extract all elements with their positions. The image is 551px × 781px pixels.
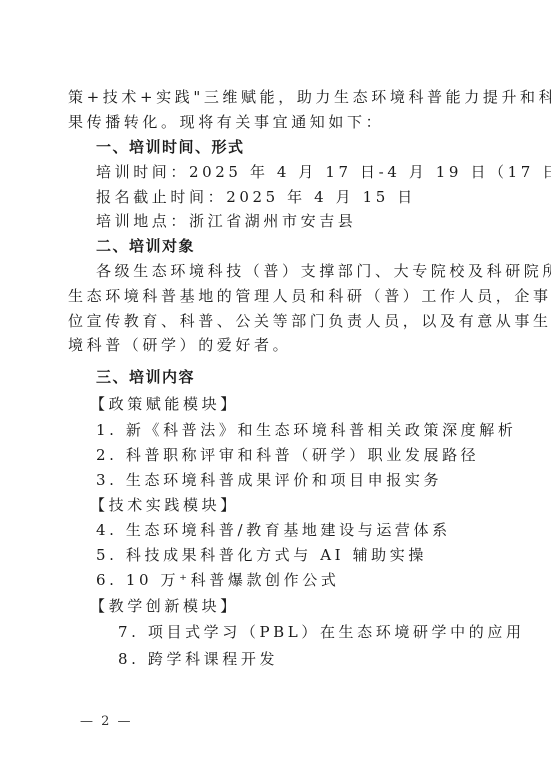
- training-time: 培训时间：2025 年 4 月 17 日-4 月 19 日（17 日报到）: [96, 162, 551, 182]
- content-item: 5. 科技成果科普化方式与 AI 辅助实操: [96, 545, 427, 565]
- document-page: 策+技术+实践"三维赋能，助力生态环境科普能力提升和科技成 果传播转化。现将有关…: [0, 0, 551, 781]
- module-title-teaching: 【教学创新模块】: [90, 596, 239, 616]
- content-item: 3. 生态环境科普成果评价和项目申报实务: [96, 470, 442, 490]
- paragraph-line: 位宣传教育、科普、公关等部门负责人员，以及有意从事生态环: [68, 311, 551, 331]
- content-item: 8. 跨学科课程开发: [118, 649, 278, 669]
- paragraph-line: 境科普（研学）的爱好者。: [68, 335, 291, 355]
- page-number: — 2 —: [80, 714, 133, 729]
- paragraph-line: 策+技术+实践"三维赋能，助力生态环境科普能力提升和科技成: [68, 87, 551, 107]
- content-item: 2. 科普职称评审和科普（研学）职业发展路径: [96, 445, 479, 465]
- section-heading-time: 一、培训时间、形式: [96, 137, 245, 157]
- section-heading-audience: 二、培训对象: [96, 236, 195, 256]
- paragraph-line: 果传播转化。现将有关事宜通知如下：: [68, 112, 384, 132]
- content-item: 7. 项目式学习（PBL）在生态环境研学中的应用: [118, 622, 525, 642]
- paragraph-line: 生态环境科普基地的管理人员和科研（普）工作人员，企事业单: [68, 286, 551, 306]
- content-item: 4. 生态环境科普/教育基地建设与运营体系: [96, 520, 451, 540]
- module-title-policy: 【政策赋能模块】: [90, 394, 239, 414]
- section-heading-content: 三、培训内容: [96, 367, 195, 387]
- content-item: 6. 10 万⁺科普爆款创作公式: [96, 570, 339, 590]
- paragraph-line: 各级生态环境科技（普）支撑部门、大专院校及科研院所、: [96, 261, 551, 281]
- registration-deadline: 报名截止时间：2025 年 4 月 15 日: [96, 187, 416, 207]
- training-location: 培训地点：浙江省湖州市安吉县: [96, 211, 356, 231]
- content-item: 1. 新《科普法》和生态环境科普相关政策深度解析: [96, 420, 516, 440]
- module-title-practice: 【技术实践模块】: [90, 495, 239, 515]
